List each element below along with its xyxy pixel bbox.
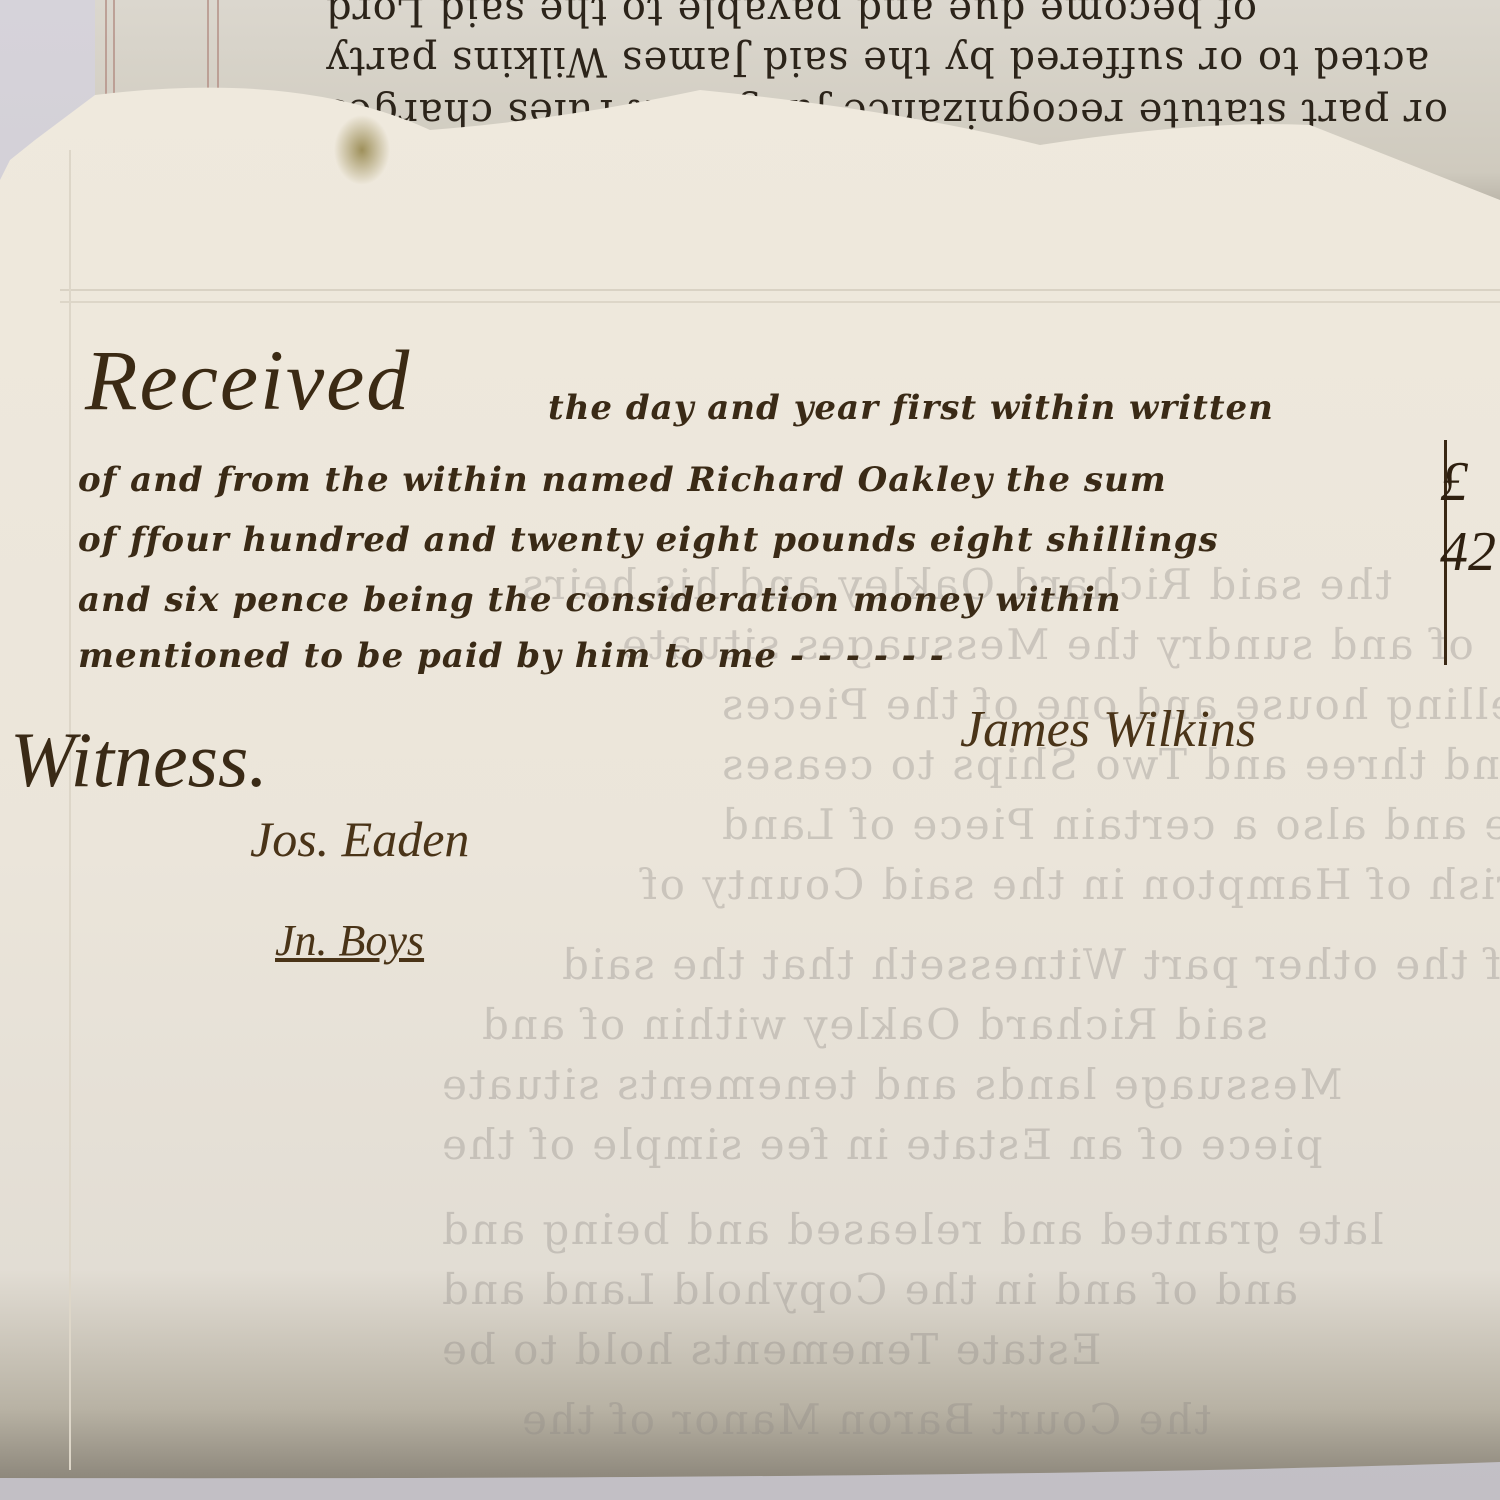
witness-signature: Jn. Boys (275, 915, 424, 966)
vellum-sheet: the said Richard Oakley and his heirs of… (0, 0, 1500, 1500)
witness-label: Witness. (10, 715, 268, 805)
receipt-line: and six pence being the consideration mo… (78, 580, 1122, 620)
bleed-through-line: and of and in the Copyhold Land and (440, 1265, 1298, 1314)
bleed-through-line: Estate Tenements hold to be (440, 1325, 1102, 1374)
receipt-heading: Received (85, 330, 411, 430)
receipt-line: mentioned to be paid by him to me - - - … (78, 636, 945, 676)
signature-james-wilkins: James Wilkins (960, 700, 1256, 759)
pound-symbol: £ (1440, 450, 1468, 514)
receipt-line: of and from the within named Richard Oak… (78, 460, 1167, 500)
bleed-through-line: said Richard Oakley within of and (480, 1000, 1268, 1049)
receipt-line: the day and year first within written (548, 388, 1274, 428)
bleed-through-line: Tenure and also a certain Piece of Land (720, 800, 1500, 849)
bleed-through-line: piece of an Estate in fee simple of the (440, 1120, 1322, 1169)
bleed-through-line: Parish of Hampton in the said County of (640, 860, 1500, 909)
bleed-through-line: Messuage lands and tenements situate (440, 1060, 1343, 1109)
bleed-through-line: late granted and released and being and (440, 1205, 1384, 1254)
receipt-line: of ffour hundred and twenty eight pounds… (78, 520, 1219, 560)
bleed-through-line: the Court Baron Manor of the (520, 1395, 1211, 1444)
margin-amount: 42 (1440, 520, 1496, 584)
bleed-through-line: Manor of the other part Witnesseth that … (560, 940, 1500, 989)
witness-signature: Jos. Eaden (250, 810, 469, 868)
